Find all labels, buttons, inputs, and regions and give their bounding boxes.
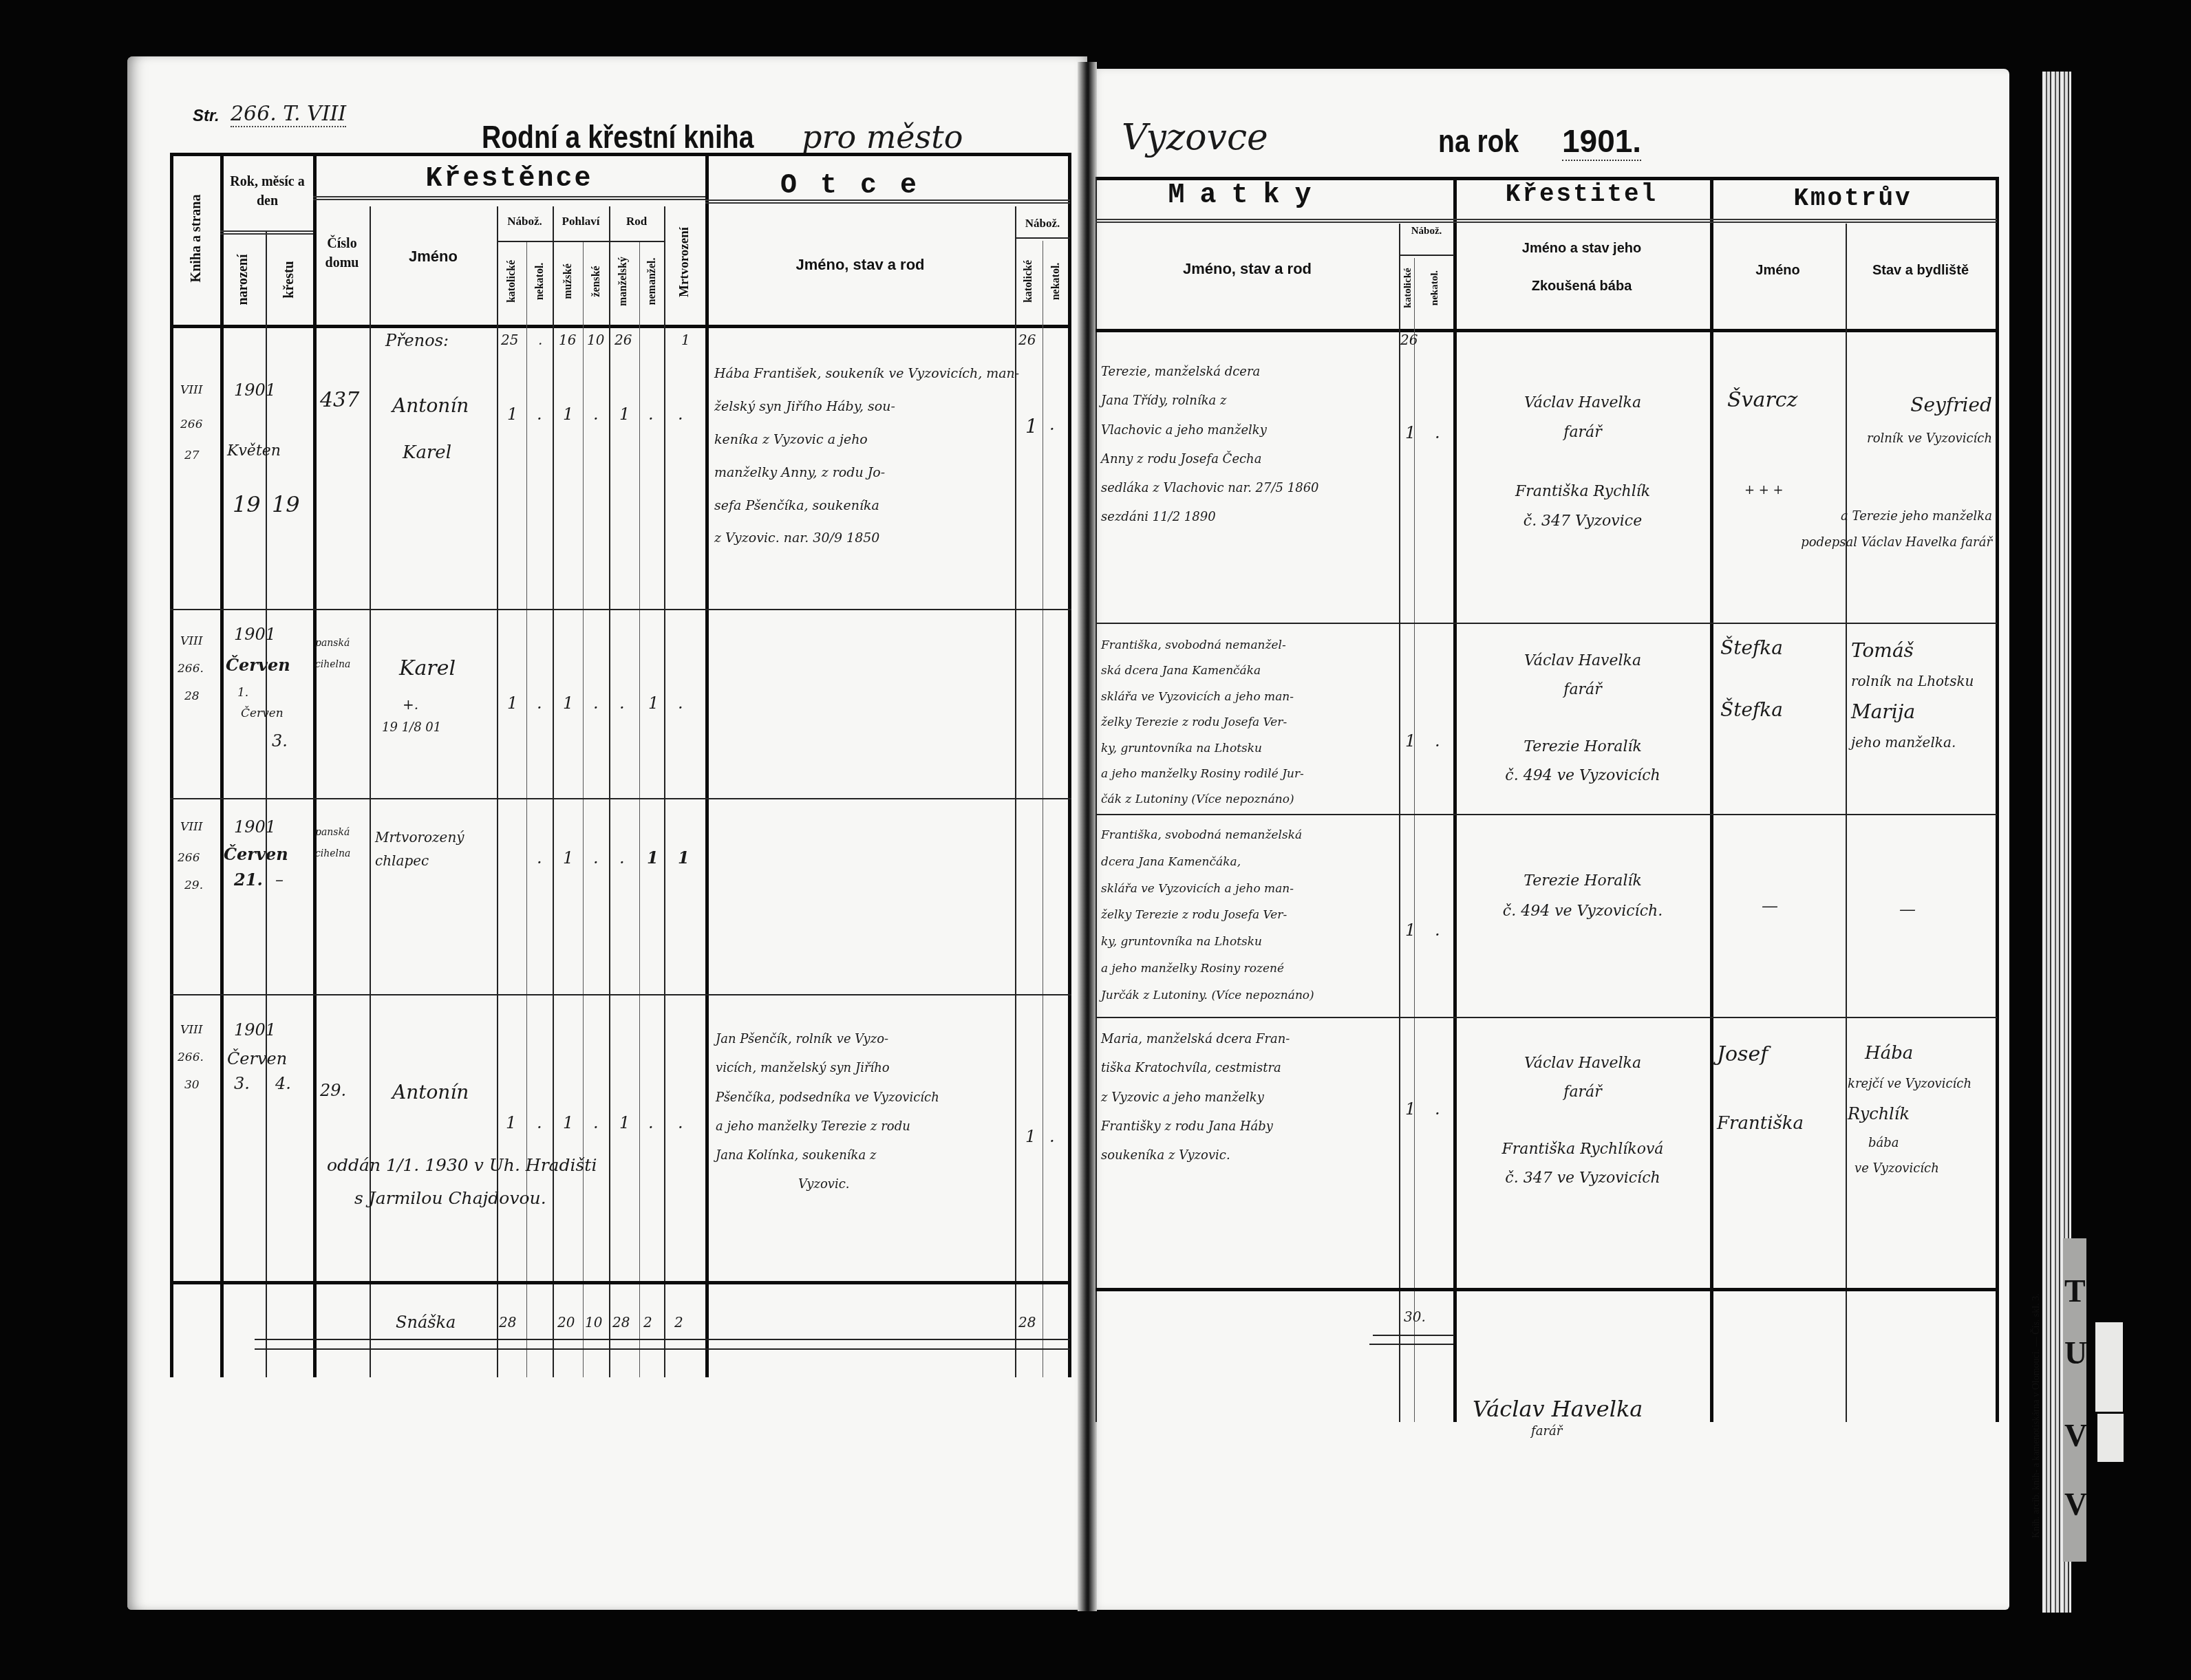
year-label: na rok — [1438, 122, 1519, 160]
entry-muzske: 1 — [563, 846, 573, 870]
book-gutter — [1078, 62, 1097, 1611]
entry-narozeni: 21. — [234, 868, 263, 892]
page-label: Str. — [193, 107, 220, 126]
entry-strana: 266 — [180, 416, 202, 433]
col-header-matky-nekatol: nekatol. — [1429, 257, 1441, 319]
entry-krestitel: Václav Havelka farář Terezie Horalík č. … — [1466, 647, 1700, 790]
entry-krestu: 4. — [275, 1072, 291, 1096]
entry-kmotr-stav: Tomáš rolník na Lhotsku Marija jeho manž… — [1851, 633, 1974, 755]
carry-otce-katolicke: 26 — [1018, 330, 1036, 350]
entry-cislo-domu: panská cihelna — [315, 633, 367, 676]
table-right-border — [1068, 153, 1071, 1377]
entry-matka: Františka, svobodná nemanželská dcera Ja… — [1101, 822, 1314, 1009]
entry-manzelsky: . — [619, 846, 625, 870]
col-header-narozeni: narození — [235, 239, 251, 321]
col-header-muzske: mužské — [562, 247, 575, 316]
entry-kmotr-jmeno: — — [1762, 894, 1778, 918]
header-sub-rule — [313, 196, 705, 200]
totals-label: Snáška — [396, 1311, 456, 1335]
col-header-zenske: ženské — [590, 247, 603, 316]
col-sep — [639, 241, 640, 1377]
totals-nemanzel: 2 — [643, 1313, 652, 1333]
entry-otec-katolicke: 1 — [1025, 1125, 1036, 1149]
col-header-rod: Rod — [609, 215, 664, 228]
paper-scrap — [2097, 1414, 2124, 1462]
row-separator — [1095, 1017, 1997, 1018]
entry-zenske: . — [593, 402, 599, 427]
entry-nemanzel: . — [648, 1111, 654, 1135]
entry-katolicke: 1 — [507, 691, 517, 715]
carry-forward-label: Přenos: — [385, 329, 449, 353]
entry-manzelsky: . — [619, 691, 625, 715]
col-header-mrtvorozeni: Mrtvorození — [677, 221, 692, 303]
entry-zenske: . — [593, 1111, 599, 1135]
entry-kmotr-stav: Seyfried rolník ve Vyzovicích + + + a Te… — [1717, 385, 1992, 556]
entry-poradi: 30 — [184, 1077, 200, 1094]
table-left-border — [170, 153, 173, 1377]
col-sep — [1043, 241, 1043, 1377]
row-separator-bold — [1095, 1288, 1997, 1291]
header-sub-rule — [1015, 237, 1070, 239]
col-sep — [266, 230, 267, 1377]
col-header-kniha: Kniha a strana — [189, 173, 204, 304]
col-header-otce-katolicke: katolické — [1023, 247, 1035, 316]
entry-otec: Jan Pšenčík, rolník ve Vyzo- vicích, man… — [716, 1025, 939, 1200]
entry-nekatol: . — [537, 846, 542, 870]
header-bottom-rule-right — [1095, 329, 1997, 332]
entry-krestitel: Václav Havelka farář Františka Rychlík č… — [1466, 389, 1700, 536]
col-header-otce-jmeno: Jméno, stav a rod — [705, 256, 1015, 274]
entry-krestu: – — [275, 868, 284, 892]
carry-matky-katolicke: 26 — [1400, 330, 1418, 350]
col-header-pohlavi: Pohlaví — [553, 215, 609, 228]
row-separator — [170, 609, 1071, 610]
entry-krestitel: Václav Havelka farář Františka Rychlíkov… — [1466, 1049, 1700, 1193]
entry-mrtvorozeni: . — [678, 402, 683, 427]
entry-nekatol: . — [537, 402, 542, 427]
entry-matka-katolicke: 1 — [1405, 421, 1415, 445]
col-header-nekatol: nekatol. — [534, 247, 546, 316]
totals-manzelsky: 28 — [612, 1313, 630, 1333]
total-rule — [1373, 1335, 1454, 1336]
index-tab-t[interactable]: T — [2064, 1273, 2085, 1309]
col-sep — [664, 206, 665, 1377]
entry-mesic: Červen — [226, 654, 290, 678]
entry-jmeno: Mrtvorozený chlapec — [375, 826, 464, 872]
entry-poradi: 28 — [184, 688, 200, 705]
entry-otec-katolicke: 1 — [1025, 413, 1038, 441]
section-header-krestence: Křestěnce — [313, 164, 705, 195]
priest-title: farář — [1531, 1423, 1562, 1441]
entry-mrtvorozeni: . — [678, 1111, 683, 1135]
entry-jmeno: Antonín — [392, 1079, 469, 1107]
entry-mesic: Červen — [224, 843, 288, 867]
col-header-matky-katolicke: katolické — [1402, 257, 1414, 319]
carry-muzske: 16 — [559, 330, 576, 350]
col-sep — [609, 206, 610, 1377]
entry-zenske: . — [593, 691, 599, 715]
entry-cislo-domu: 29. — [320, 1079, 346, 1103]
total-rule — [255, 1348, 1070, 1350]
header-sub-rule — [1095, 219, 1997, 223]
entry-jmeno-death-date: 19 1/8 01 — [382, 719, 441, 737]
col-header-otce-nekatol: nekatol. — [1050, 247, 1062, 316]
col-header-jmeno: Jméno — [370, 248, 497, 266]
entry-manzelsky: 1 — [619, 1111, 630, 1135]
entry-jmeno-2: Karel — [403, 440, 451, 466]
priest-signature: Václav Havelka — [1473, 1393, 1643, 1425]
entry-otec-nekatol: . — [1049, 413, 1055, 437]
entry-nemanzel: . — [648, 402, 654, 427]
entry-jmeno-death-mark: +. — [403, 695, 418, 715]
entry-narozeni: 3. — [234, 1072, 250, 1096]
section-header-kmotruv: Kmotrův — [1710, 184, 1996, 213]
entry-kmotr-stav: — — [1899, 898, 1916, 922]
col-sep — [220, 153, 224, 1377]
row-separator — [170, 994, 1071, 995]
section-header-krestitel: Křestitel — [1453, 180, 1710, 208]
entry-mesic-krestu: Červen — [241, 705, 284, 722]
register-title: Rodní a křestní kniha — [482, 118, 754, 155]
entry-nekatol: . — [537, 1111, 542, 1135]
entry-matka-nekatol: . — [1435, 729, 1440, 753]
index-tab-u[interactable]: U — [2064, 1335, 2085, 1371]
entry-matka: Františka, svobodná nemanžel- ská dcera … — [1101, 633, 1304, 813]
entry-poradi: 27 — [184, 447, 200, 464]
town-name: Vyzovce — [1122, 117, 1268, 158]
section-header-otce: Otce — [705, 171, 1015, 202]
col-header-krestu: křestu — [281, 239, 297, 321]
entry-kniha: VIII — [180, 633, 202, 650]
entry-otec-nekatol: . — [1049, 1125, 1055, 1149]
entry-katolicke: 1 — [506, 1111, 516, 1135]
entry-narozeni: 1. — [237, 685, 248, 702]
totals-zenske: 10 — [585, 1313, 602, 1333]
entry-kniha: VIII — [180, 1022, 202, 1039]
entry-nekatol: . — [537, 691, 542, 715]
totals-otce-katolicke: 28 — [1018, 1313, 1036, 1333]
entry-matka: Terezie, manželská dcera Jana Třídy, rol… — [1101, 358, 1319, 532]
entry-rok: 1901 — [234, 378, 276, 402]
entry-jmeno: Antonín — [392, 392, 469, 420]
col-header-matky-naboz: Nábož. — [1399, 226, 1454, 237]
index-tab-v2[interactable]: V — [2064, 1486, 2085, 1522]
col-header-kmotr-stav: Stav a bydliště — [1846, 263, 1996, 279]
entry-rok: 1901 — [234, 623, 276, 647]
col-header-rok: Rok, měsíc a den — [222, 172, 313, 211]
table-right-border-right — [1996, 177, 1999, 1422]
entry-kmotr-jmeno: Josef Františka — [1717, 1035, 1804, 1140]
carry-katolicke: 25 — [501, 330, 518, 350]
entry-kniha: VIII — [180, 382, 202, 399]
col-header-krestitel-2: Zkoušená bába — [1453, 279, 1710, 294]
entry-matka-katolicke: 1 — [1405, 729, 1415, 753]
totals-matky-katolicke: 30. — [1404, 1307, 1426, 1327]
register-title-handwritten: pro město — [802, 118, 963, 155]
entry-nemanzel: 1 — [648, 691, 659, 715]
total-rule — [1369, 1344, 1453, 1345]
entry-narozeni: 19 — [233, 488, 261, 520]
entry-muzske: 1 — [563, 402, 573, 427]
entry-kniha: VIII — [180, 819, 202, 836]
carry-nekatol: . — [538, 330, 542, 350]
header-bottom-rule — [170, 325, 1071, 328]
entry-krestu: 3. — [272, 729, 288, 753]
entry-krestitel: Terezie Horalík č. 494 ve Vyzovicích. — [1466, 836, 1700, 927]
entry-mesic: Květen — [227, 440, 281, 462]
entry-matka: Maria, manželská dcera Fran- tiška Krato… — [1101, 1025, 1290, 1170]
header-sub-rule — [1399, 255, 1454, 256]
header-sub-rule — [220, 230, 313, 235]
carry-manzelsky: 26 — [614, 330, 632, 350]
entry-poradi: 29. — [184, 877, 203, 894]
col-header-naboz: Nábož. — [497, 215, 553, 228]
entry-rok: 1901 — [234, 1018, 276, 1042]
col-header-matky-jmeno: Jméno, stav a rod — [1095, 260, 1399, 278]
col-sep — [1399, 224, 1400, 1422]
totals-mrtvorozeni: 2 — [674, 1313, 683, 1333]
entry-marriage-note: oddán 1/1. 1930 v Uh. Hradišti s Jarmilo… — [327, 1149, 597, 1214]
entry-jmeno: Karel — [399, 654, 456, 684]
col-header-cislo-domu: Číslo domu — [314, 234, 370, 272]
header-sub-rule — [497, 241, 664, 242]
entry-rok: 1901 — [234, 815, 276, 839]
col-header-krestitel-1: Jméno a stav jeho — [1453, 241, 1710, 257]
index-tab-v[interactable]: V — [2064, 1417, 2085, 1454]
row-separator-bold — [170, 1281, 1071, 1284]
entry-cislo-domu: panská cihelna — [315, 822, 367, 865]
col-sep — [313, 153, 317, 1377]
col-header-katolicke: katolické — [506, 247, 518, 316]
col-header-manzelsky: manželský — [617, 247, 630, 316]
section-header-matky: Matky — [1095, 180, 1399, 211]
row-separator — [170, 798, 1071, 799]
entry-katolicke: 1 — [507, 402, 517, 427]
entry-muzske: 1 — [563, 1111, 573, 1135]
entry-otec: Hába František, soukeník ve Vyzovicích, … — [714, 358, 1019, 555]
entry-kmotr-jmeno: Štefka Štefka — [1720, 633, 1783, 725]
entry-strana: 266 — [178, 850, 200, 867]
entry-matka-katolicke: 1 — [1405, 1097, 1415, 1121]
paper-scrap — [2095, 1322, 2123, 1412]
col-sep — [705, 153, 709, 1377]
entry-strana: 266. — [178, 1049, 204, 1066]
col-header-kmotr-jmeno: Jméno — [1710, 263, 1846, 279]
carry-zenske: 10 — [587, 330, 604, 350]
entry-mrtvorozeni: 1 — [678, 846, 690, 870]
row-separator — [1095, 814, 1997, 815]
entry-cislo-domu: 437 — [320, 385, 359, 416]
col-header-nemanzel: nemanžel. — [646, 247, 659, 316]
table-left-border-right — [1095, 177, 1097, 1422]
entry-mrtvorozeni: . — [678, 691, 683, 715]
entry-muzske: 1 — [563, 691, 573, 715]
row-separator — [1095, 623, 1997, 624]
entry-mesic: Červen — [227, 1047, 287, 1071]
totals-katolicke: 28 — [499, 1313, 516, 1333]
entry-strana: 266. — [178, 660, 204, 678]
entry-matka-nekatol: . — [1435, 1097, 1440, 1121]
entry-manzelsky: 1 — [619, 402, 630, 427]
carry-mrtvorozeni: 1 — [681, 330, 690, 350]
entry-kmotr-stav: Hába krejčí ve Vyzovicích Rychlík bába v… — [1848, 1035, 1971, 1182]
entry-matka-nekatol: . — [1435, 421, 1440, 445]
table-top-border — [170, 153, 1071, 156]
col-sep — [1710, 177, 1713, 1422]
col-header-otce-naboz: Nábož. — [1015, 217, 1070, 230]
entry-nemanzel: 1 — [647, 846, 659, 870]
page-number: 266. T. VIII — [231, 102, 346, 127]
totals-muzske: 20 — [557, 1313, 575, 1333]
col-sep — [1453, 177, 1457, 1422]
total-rule — [255, 1339, 1070, 1340]
year-value: 1901. — [1562, 122, 1641, 161]
entry-krestu: 19 — [272, 488, 300, 520]
entry-zenske: . — [593, 846, 599, 870]
printer-imprint: Knih. arcib. knih- a kamenotiskárna v Ol… — [2031, 1209, 2042, 1622]
entry-matka-katolicke: 1 — [1405, 918, 1415, 943]
entry-matka-nekatol: . — [1435, 918, 1440, 943]
